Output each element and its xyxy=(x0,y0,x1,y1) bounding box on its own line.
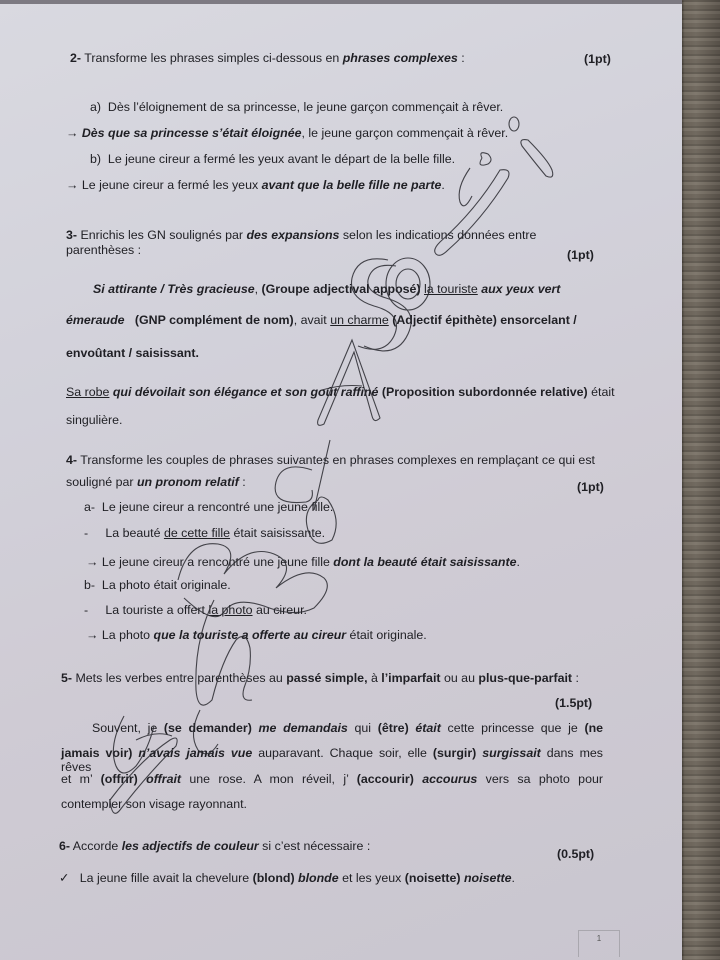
q3-l1-gn: la touriste xyxy=(424,282,478,296)
q3-l4-emph: qui dévoilait son élégance et son goût r… xyxy=(113,385,379,399)
q4-points: (1pt) xyxy=(577,480,604,494)
q4-b-text: La photo était originale. xyxy=(102,578,231,592)
q6-l-start: La jeune fille avait la chevelure xyxy=(80,871,253,885)
q6-answer-2: noisette xyxy=(461,871,512,885)
wooden-table-background xyxy=(680,0,720,960)
q6-title-emph: les adjectifs de couleur xyxy=(122,839,259,853)
q5-p1-a: Souvent, je xyxy=(92,721,164,735)
q4-b-answer-end: était originale. xyxy=(346,628,427,642)
q4-item-b: b- La photo était originale. xyxy=(84,578,231,592)
q5-para-line4: contempler son visage rayonnant. xyxy=(61,797,247,811)
q6-number: 6- xyxy=(59,839,70,853)
q3-line5: singulière. xyxy=(66,413,122,427)
q3-l2-indication2: (Adjectif épithète) ensorcelant / xyxy=(392,313,577,327)
q5-verb-3a: (ne xyxy=(584,721,603,735)
q6-title-end: si c’est nécessaire : xyxy=(259,839,371,853)
q4-a-answer-emph: dont la beauté était saisissante xyxy=(333,555,516,569)
q5-title: 5- Mets les verbes entre parenthèses au … xyxy=(61,671,579,685)
q5-para-line2: jamais voir) n’avais jamais vue auparava… xyxy=(61,746,603,774)
q5-p3-c: vers sa photo pour xyxy=(477,772,603,786)
arrow-icon: → xyxy=(86,628,98,642)
q2-a-label: a) xyxy=(90,100,101,114)
q4-b2-underlined: la photo xyxy=(208,603,252,617)
q5-p1-b: qui xyxy=(348,721,378,735)
q6-adj-2: (noisette) xyxy=(405,871,461,885)
q3-l4-end: était xyxy=(591,385,614,399)
q2-item-a: a) Dès l’éloignement de sa princesse, le… xyxy=(90,100,503,114)
q3-line3: envoûtant / saisissant. xyxy=(66,346,199,360)
q5-p2-a: auparavant. Chaque soir, elle xyxy=(252,746,433,760)
q2-title-text: Transforme les phrases simples ci-dessou… xyxy=(81,51,343,65)
q4-b2-start: La touriste a offert xyxy=(105,603,208,617)
q5-title-b2: l’imparfait xyxy=(381,671,440,685)
q2-b-label: b) xyxy=(90,152,101,166)
q5-p1-c: cette princesse que je xyxy=(441,721,585,735)
q2-b-text: Le jeune cireur a fermé les yeux avant l… xyxy=(108,152,455,166)
q4-title2-start: souligné par xyxy=(66,475,137,489)
q4-title2-emph: un pronom relatif xyxy=(137,475,239,489)
q4-a2-underlined: de cette fille xyxy=(164,526,230,540)
q4-title-line2: souligné par un pronom relatif : xyxy=(66,475,246,489)
q5-verb-3b: jamais voir) xyxy=(61,746,132,760)
q6-points: (0.5pt) xyxy=(557,847,594,861)
arrow-icon: → xyxy=(86,555,98,569)
q5-answer-2: était xyxy=(409,721,441,735)
q4-b-label: b- xyxy=(84,578,95,592)
q6-answer-1: blonde xyxy=(295,871,339,885)
q2-title-end: : xyxy=(458,51,465,65)
q2-a-answer-emph: Dès que sa princesse s’était éloignée xyxy=(82,126,302,140)
q4-answer-a: → Le jeune cireur a rencontré une jeune … xyxy=(86,555,520,569)
q6-l-end: . xyxy=(512,871,515,885)
q5-answer-6: accourus xyxy=(414,772,477,786)
q5-verb-5: (offrir) xyxy=(101,772,138,786)
q4-title2-end: : xyxy=(239,475,246,489)
q2-a-answer-rest: , le jeune garçon commençait à rêver. xyxy=(302,126,509,140)
q4-b-answer-emph: que la touriste a offerte au cireur xyxy=(154,628,347,642)
q4-item-a: a- Le jeune cireur a rencontré une jeune… xyxy=(84,500,333,514)
q3-l4-gn: Sa robe xyxy=(66,385,109,399)
q3-l2-emph: émeraude xyxy=(66,313,125,327)
q4-title: 4- Transforme les couples de phrases sui… xyxy=(66,453,595,467)
q3-line4: Sa robe qui dévoilait son élégance et so… xyxy=(66,385,615,399)
q4-a-answer-end: . xyxy=(516,555,519,569)
q4-a2-start: La beauté xyxy=(105,526,164,540)
q5-verb-6: (accourir) xyxy=(357,772,414,786)
q5-title-mid2: ou au xyxy=(441,671,479,685)
q3-number: 3- xyxy=(66,228,77,242)
q2-title-emph: phrases complexes xyxy=(343,51,458,65)
arrow-icon: → xyxy=(66,126,78,140)
q6-line: ✓ La jeune fille avait la chevelure (blo… xyxy=(59,870,515,885)
page-number: 1 xyxy=(597,934,601,943)
q5-answer-1: me demandais xyxy=(252,721,348,735)
arrow-icon: → xyxy=(66,178,78,192)
q4-number: 4- xyxy=(66,453,77,467)
q5-title-b3: plus-que-parfait xyxy=(478,671,572,685)
q3-title-end: selon les indications données entre xyxy=(339,228,536,242)
q5-para-line3: et m’ (offrir) offrait une rose. A mon r… xyxy=(61,772,603,786)
q4-a2-end: était saisissante. xyxy=(230,526,325,540)
q5-verb-4: (surgir) xyxy=(433,746,476,760)
q3-l2-indication: (GNP complément de nom) xyxy=(135,313,294,327)
q3-l2-gn: un charme xyxy=(330,313,389,327)
q4-b2-end: au cireur. xyxy=(253,603,307,617)
q4-a-label: a- xyxy=(84,500,95,514)
q3-title-line2: parenthèses : xyxy=(66,243,141,257)
q4-b2-dash: - xyxy=(84,603,88,617)
q3-l1-indication: (Groupe adjectival apposé) xyxy=(262,282,421,296)
q2-answer-a: → Dès que sa princesse s’était éloignée,… xyxy=(66,126,508,140)
q3-points: (1pt) xyxy=(567,248,594,262)
q3-title-emph: des expansions xyxy=(246,228,339,242)
q5-para-line1: Souvent, je (se demander) me demandais q… xyxy=(61,721,603,735)
q5-p3-b: une rose. A mon réveil, j’ xyxy=(181,772,357,786)
q6-l-mid: et les yeux xyxy=(339,871,405,885)
q2-b-answer-emph: avant que la belle fille ne parte xyxy=(262,178,442,192)
paper-top-edge xyxy=(0,0,682,4)
q5-p3-a: et m’ xyxy=(61,772,101,786)
q4-title-text: Transforme les couples de phrases suivan… xyxy=(77,453,595,467)
q4-a-text: Le jeune cireur a rencontré une jeune fi… xyxy=(102,500,333,514)
q2-a-text: Dès l’éloignement de sa princesse, le je… xyxy=(108,100,503,114)
q3-line1: Si attirante / Très gracieuse, (Groupe a… xyxy=(93,282,560,296)
q4-item-a2: - La beauté de cette fille était saisiss… xyxy=(84,526,325,540)
q2-item-b: b) Le jeune cireur a fermé les yeux avan… xyxy=(90,152,455,166)
q3-title-text: Enrichis les GN soulignés par xyxy=(77,228,246,242)
q6-title: 6- Accorde les adjectifs de couleur si c… xyxy=(59,839,370,853)
q5-title-mid1: à xyxy=(368,671,382,685)
q3-title: 3- Enrichis les GN soulignés par des exp… xyxy=(66,228,536,242)
q5-title-b1: passé simple, xyxy=(286,671,367,685)
q5-title-text: Mets les verbes entre parenthèses au xyxy=(72,671,286,685)
q6-title-text: Accorde xyxy=(70,839,122,853)
q2-points: (1pt) xyxy=(584,52,611,66)
q4-answer-b: → La photo que la touriste a offerte au … xyxy=(86,628,427,642)
exam-sheet: 2- Transforme les phrases simples ci-des… xyxy=(0,0,682,960)
q2-b-answer-start: Le jeune cireur a fermé les yeux xyxy=(82,178,262,192)
q3-l1-sep: , xyxy=(255,282,262,296)
q5-verb-1: (se demander) xyxy=(164,721,252,735)
q4-a2-dash: - xyxy=(84,526,88,540)
q5-number: 5- xyxy=(61,671,72,685)
q5-answer-4: surgissait xyxy=(476,746,541,760)
q4-a-answer-start: Le jeune cireur a rencontré une jeune fi… xyxy=(102,555,333,569)
q3-l2-mid: , avait xyxy=(294,313,331,327)
checkmark-icon: ✓ xyxy=(59,871,69,885)
q3-l4-indication: (Proposition subordonnée relative) xyxy=(382,385,588,399)
page-number-box: 1 xyxy=(578,930,620,957)
q5-answer-5: offrait xyxy=(138,772,181,786)
q3-l1-emph2: aux yeux vert xyxy=(481,282,560,296)
q3-line2: émeraude (GNP complément de nom), avait … xyxy=(66,313,577,327)
q5-answer-3: n’avais jamais vue xyxy=(132,746,252,760)
q4-b-answer-start: La photo xyxy=(102,628,154,642)
q5-title-end: : xyxy=(572,671,579,685)
q2-title: 2- Transforme les phrases simples ci-des… xyxy=(70,51,465,65)
q2-number: 2- xyxy=(70,51,81,65)
q3-l1-emph: Si attirante / Très gracieuse xyxy=(93,282,255,296)
q6-adj-1: (blond) xyxy=(253,871,295,885)
q5-points: (1.5pt) xyxy=(555,696,592,710)
q2-answer-b: → Le jeune cireur a fermé les yeux avant… xyxy=(66,178,445,192)
q2-b-answer-end: . xyxy=(441,178,444,192)
q4-item-b2: - La touriste a offert la photo au cireu… xyxy=(84,603,307,617)
q5-verb-2: (être) xyxy=(378,721,409,735)
